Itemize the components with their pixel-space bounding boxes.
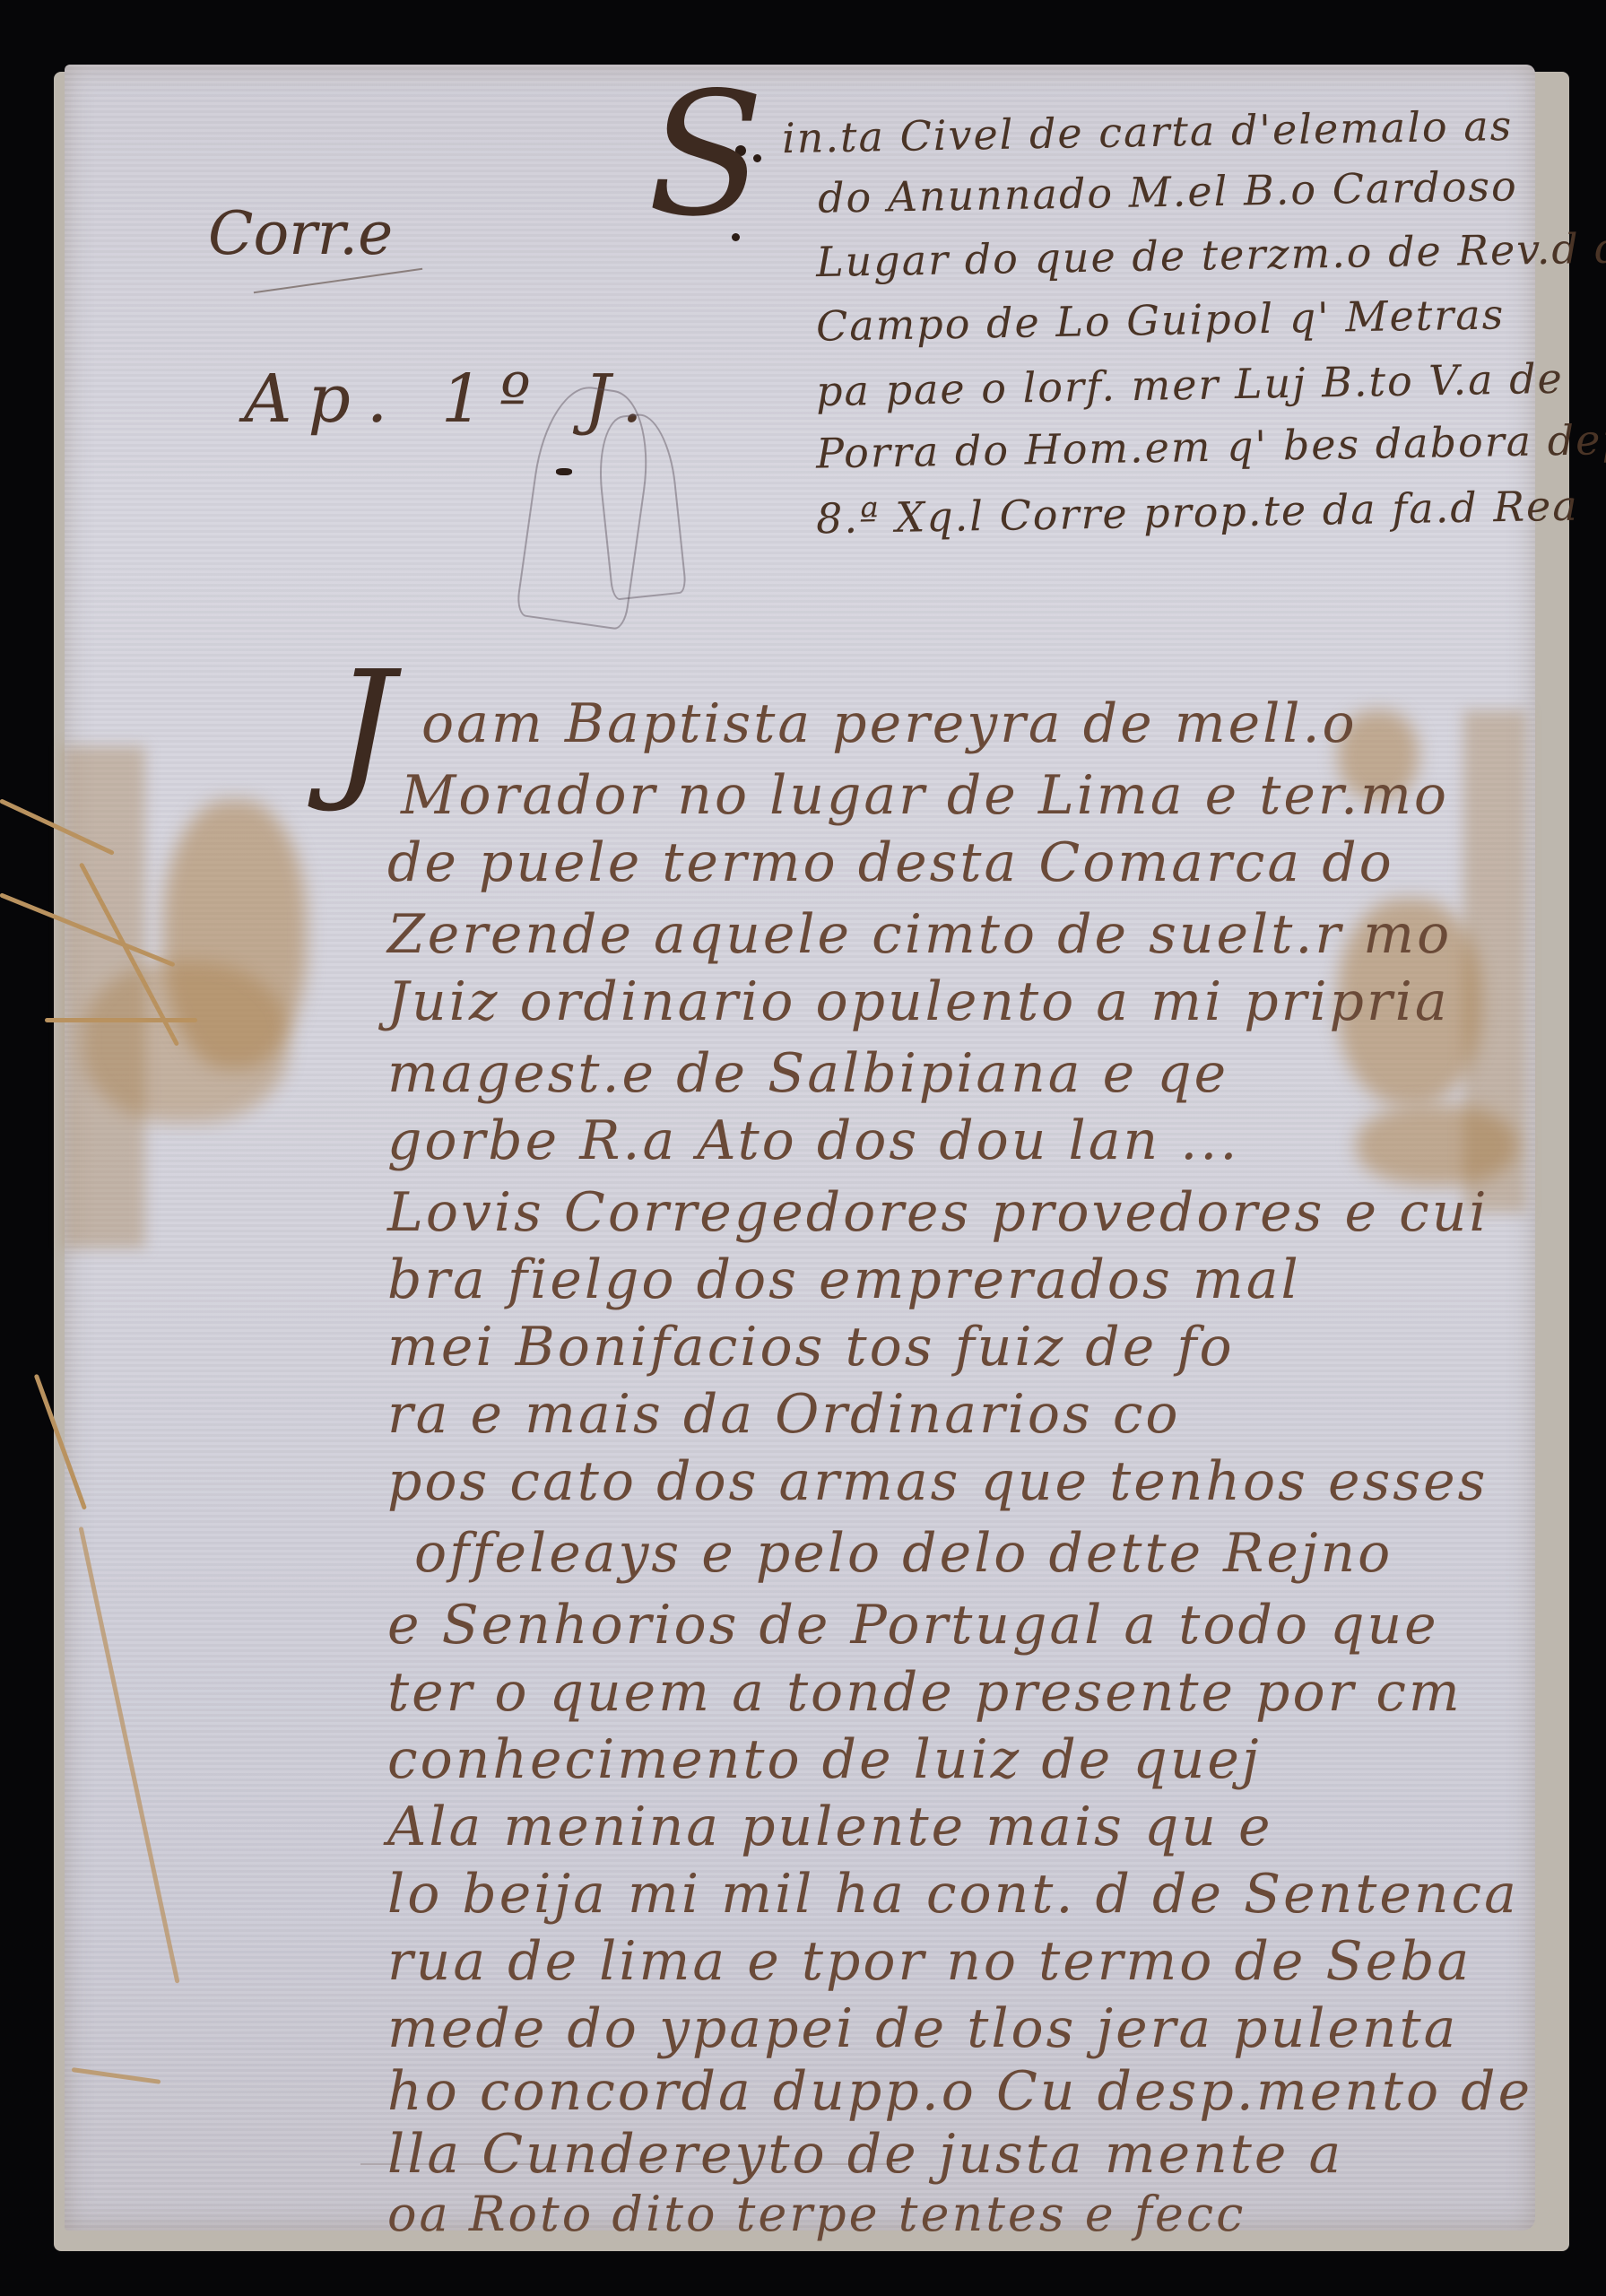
body-line: oam Baptista pereyra de mell.o (421, 692, 1358, 755)
body-line: mei Bonifacios tos fuiz de fo (387, 1316, 1235, 1378)
body-line: de puele termo desta Comarca do (387, 831, 1394, 894)
binding-thread (45, 1018, 197, 1022)
body-line: ho concorda dupp.o Cu desp.mento de (387, 2060, 1532, 2123)
body-line: Juiz ordinario opulento a mi pripria (387, 970, 1450, 1033)
body-line: rua de lima e tpor no termo de Seba (387, 1930, 1471, 1993)
edge-stain-left (65, 746, 145, 1248)
header-line: Lugar do que de terzm.o de Rev.d do (816, 223, 1606, 286)
header-initial: S (647, 56, 764, 254)
header-line: Campo de Lo Guipol q' Metras (816, 290, 1506, 350)
body-line: Lovis Corregedores provedores e cui (387, 1181, 1489, 1244)
body-line: Ala menina pulente mais qu e (387, 1796, 1273, 1858)
body-line: lo beija mi mil ha cont. d de Sentenca (387, 1863, 1519, 1926)
body-line: Morador no lugar de Lima e ter.mo (401, 764, 1449, 827)
body-line: Zerende aquele cimto de suelt.r mo (387, 903, 1452, 966)
body-line: magest.e de Salbipiana e qe (387, 1042, 1228, 1105)
body-line: conhecimento de luiz de quej (387, 1728, 1262, 1791)
body-line: gorbe R.a Ato dos dou lan ... (387, 1109, 1239, 1172)
body-line: pos cato dos armas que tenhos esses (387, 1450, 1488, 1513)
body-initial: J (334, 639, 395, 816)
margin-note-flourish (254, 268, 422, 293)
closing-rule (360, 2163, 898, 2165)
header-line: pa pae o lorf. mer Luj B.to V.a de (816, 354, 1565, 416)
header-line: do Anunnado M.el B.o Cardoso (818, 161, 1519, 222)
body-line: ter o quem a tonde presente por cm (387, 1661, 1463, 1724)
header-line: 8.ª Xq.l Corre prop.te da fa.d Rea (816, 482, 1580, 544)
margin-note: Corr.e (208, 199, 393, 268)
body-line: mede do ypapei de tlos jera pulenta (387, 1997, 1458, 2060)
header-line: in.ta Civel de carta d'elemalo as (782, 101, 1514, 162)
body-line: bra fielgo dos emprerados mal (387, 1248, 1301, 1311)
body-line: ra e mais da Ordinarios co (387, 1383, 1181, 1446)
header-line: Porra do Hom.em q' bes dabora deppal (816, 413, 1606, 477)
body-line: oa Roto dito terpe tentes e fecc (387, 2186, 1246, 2242)
edge-stain-right (1463, 710, 1526, 1213)
manuscript-page: Corr.e Ap. 1º J. S in.ta Civel de carta … (65, 65, 1535, 2231)
body-line: lla Cundereyto de justa mente a (387, 2123, 1343, 2186)
body-line: e Senhorios de Portugal a todo que (387, 1594, 1439, 1657)
body-line: offeleays e pelo delo dette Rejno (414, 1522, 1393, 1585)
